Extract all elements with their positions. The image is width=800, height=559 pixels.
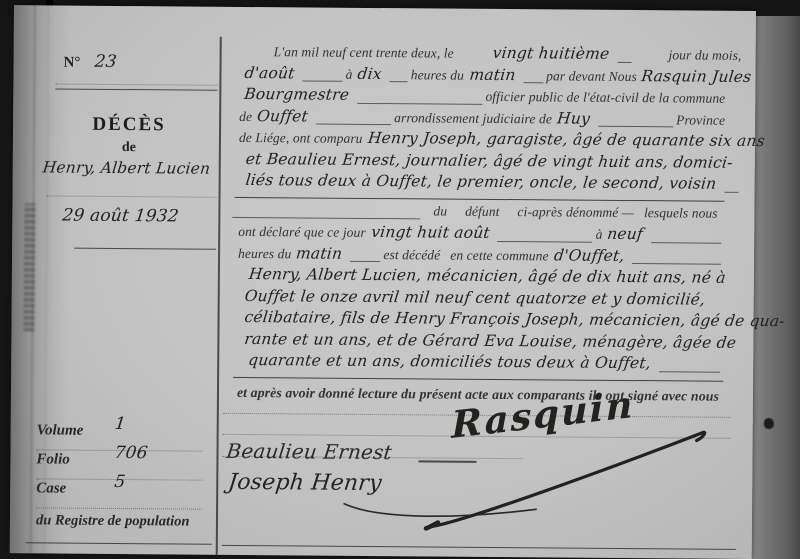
signature-text: Beaulieu Ernest: [225, 441, 393, 463]
handwritten-text: d'août: [244, 64, 296, 81]
handwritten-text: d'Ouffet,: [553, 247, 625, 264]
margin-act-date: 29 août 1932: [62, 208, 178, 227]
act-line: quarante et un ans, domiciliés tous deux…: [237, 352, 723, 377]
handwritten-text: dix: [357, 65, 383, 81]
printed-text: par devant Nous: [546, 68, 637, 85]
printed-text: lesquels nous: [644, 205, 718, 222]
printed-text: défunt: [465, 203, 499, 219]
act-date-text: 29 août 1932: [61, 208, 179, 227]
fill-line: [316, 124, 391, 126]
fill-line: [232, 217, 420, 219]
handwritten-text: célibataire, fils de Henry François Jose…: [244, 309, 786, 329]
signature-flourish: [340, 494, 540, 526]
fill-line: [724, 191, 738, 192]
printed-text: de Liége, ont comparu: [239, 130, 363, 147]
register-references: Volume 1 Folio 706 Case 5 du Registre de…: [36, 421, 203, 530]
fill-line: [659, 371, 720, 372]
act-type-of: de: [41, 139, 217, 156]
fill-line: [418, 460, 476, 462]
printed-text: Province: [676, 112, 725, 128]
handwritten-text: vingt huit août: [370, 224, 490, 241]
handwritten-text: Henry Joseph, garagiste, âgé de quarante…: [367, 130, 766, 149]
case-value: 5: [113, 474, 126, 492]
signature-text: Joseph Henry: [227, 471, 383, 495]
volume-label: Volume: [37, 422, 84, 438]
handwritten-officer-name: Rasquin Jules: [641, 68, 753, 85]
handwritten-text: matin: [295, 245, 343, 262]
handwritten-text: Ouffet le onze avril mil neuf cent quato…: [244, 288, 706, 308]
printed-text: heures du: [411, 67, 464, 83]
section-rule: [235, 196, 725, 201]
margin-stamp: [23, 203, 35, 331]
printed-text: à: [346, 66, 353, 82]
act-type-title: DÉCÈS: [41, 113, 217, 136]
fill-line: [598, 126, 673, 128]
handwritten-text: quarante et un ans, domiciliés tous deux…: [247, 352, 652, 371]
printed-text: arrondissement judiciaire de: [394, 110, 552, 127]
margin-rule: [55, 88, 217, 90]
handwritten-text: Huy: [556, 110, 591, 127]
folio-value: 706: [113, 445, 148, 463]
printed-text: ci-après dénommé —: [517, 204, 634, 221]
folio-label: Folio: [36, 451, 69, 467]
certificate-page: N° 23 DÉCÈS de Henry, Albert Lucien 29 a…: [10, 5, 756, 559]
printed-text: ont déclaré que ce jour: [238, 224, 366, 241]
printed-text: est décédé: [383, 247, 440, 263]
fill-line: [632, 263, 721, 265]
signature-witness-1: Beaulieu Ernest: [226, 441, 392, 464]
next-page-edge: [748, 0, 800, 559]
handwritten-text: liés tous deux à Ouffet, le premier, onc…: [245, 172, 718, 192]
printed-text: jour du mois,: [634, 47, 741, 64]
printed-text: du: [433, 203, 447, 219]
handwritten-text: matin: [468, 66, 516, 83]
case-label: Case: [36, 480, 66, 496]
handwritten-text: Bourgmestre: [243, 86, 350, 103]
fill-line: [350, 261, 380, 262]
handwritten-text: vingt huitième: [458, 45, 611, 62]
ink-blot: [764, 418, 774, 429]
margin-rule: [74, 248, 216, 250]
section-rule: [233, 376, 723, 381]
register-scan: N° 23 DÉCÈS de Henry, Albert Lucien 29 a…: [0, 0, 800, 559]
fill-line: [390, 81, 408, 82]
margin-rule: [55, 83, 217, 85]
deceased-name-text: Henry, Albert Lucien: [42, 159, 211, 177]
handwritten-text: Ouffet: [256, 108, 309, 125]
fill-line: [497, 240, 592, 242]
fill-line: [303, 80, 343, 81]
bottom-rule: [222, 545, 736, 550]
volume-value: 1: [114, 416, 127, 434]
act-line: liés tous deux à Ouffet, le premier, onc…: [239, 172, 725, 197]
printed-text: heures du: [238, 245, 291, 261]
case-row: Case 5: [36, 479, 202, 509]
fill-line: [651, 242, 721, 244]
handwritten-text: Henry, Albert Lucien, mécanicien, âgé de…: [248, 266, 727, 286]
printed-text: en cette commune: [450, 247, 548, 264]
handwritten-text: neuf: [607, 226, 645, 243]
signature-witness-2: Joseph Henry: [228, 471, 382, 495]
printed-text: L'an mil neuf cent trente deux, le: [240, 44, 454, 62]
fill-line: [357, 102, 482, 104]
margin-deceased-name: Henry, Albert Lucien: [43, 159, 225, 178]
act-body: L'an mil neuf cent trente deux, le vingt…: [219, 43, 738, 410]
printed-text: à: [596, 227, 603, 243]
handwritten-text: et Beaulieu Ernest, journalier, âgé de v…: [245, 151, 734, 171]
act-number-value: 23: [93, 54, 117, 72]
printed-text: officier public de l'état-civil de la co…: [485, 89, 725, 107]
act-number-label: N°: [64, 55, 81, 71]
act-number: N° 23: [64, 54, 117, 72]
fill-line: [617, 61, 631, 62]
printed-text: de: [239, 108, 252, 124]
fill-line: [523, 82, 543, 83]
register-footer-label: du Registre de population: [36, 512, 202, 530]
margin-rule: [47, 195, 217, 197]
handwritten-text: rante et un ans, et de Gérard Eva Louise…: [243, 330, 737, 350]
